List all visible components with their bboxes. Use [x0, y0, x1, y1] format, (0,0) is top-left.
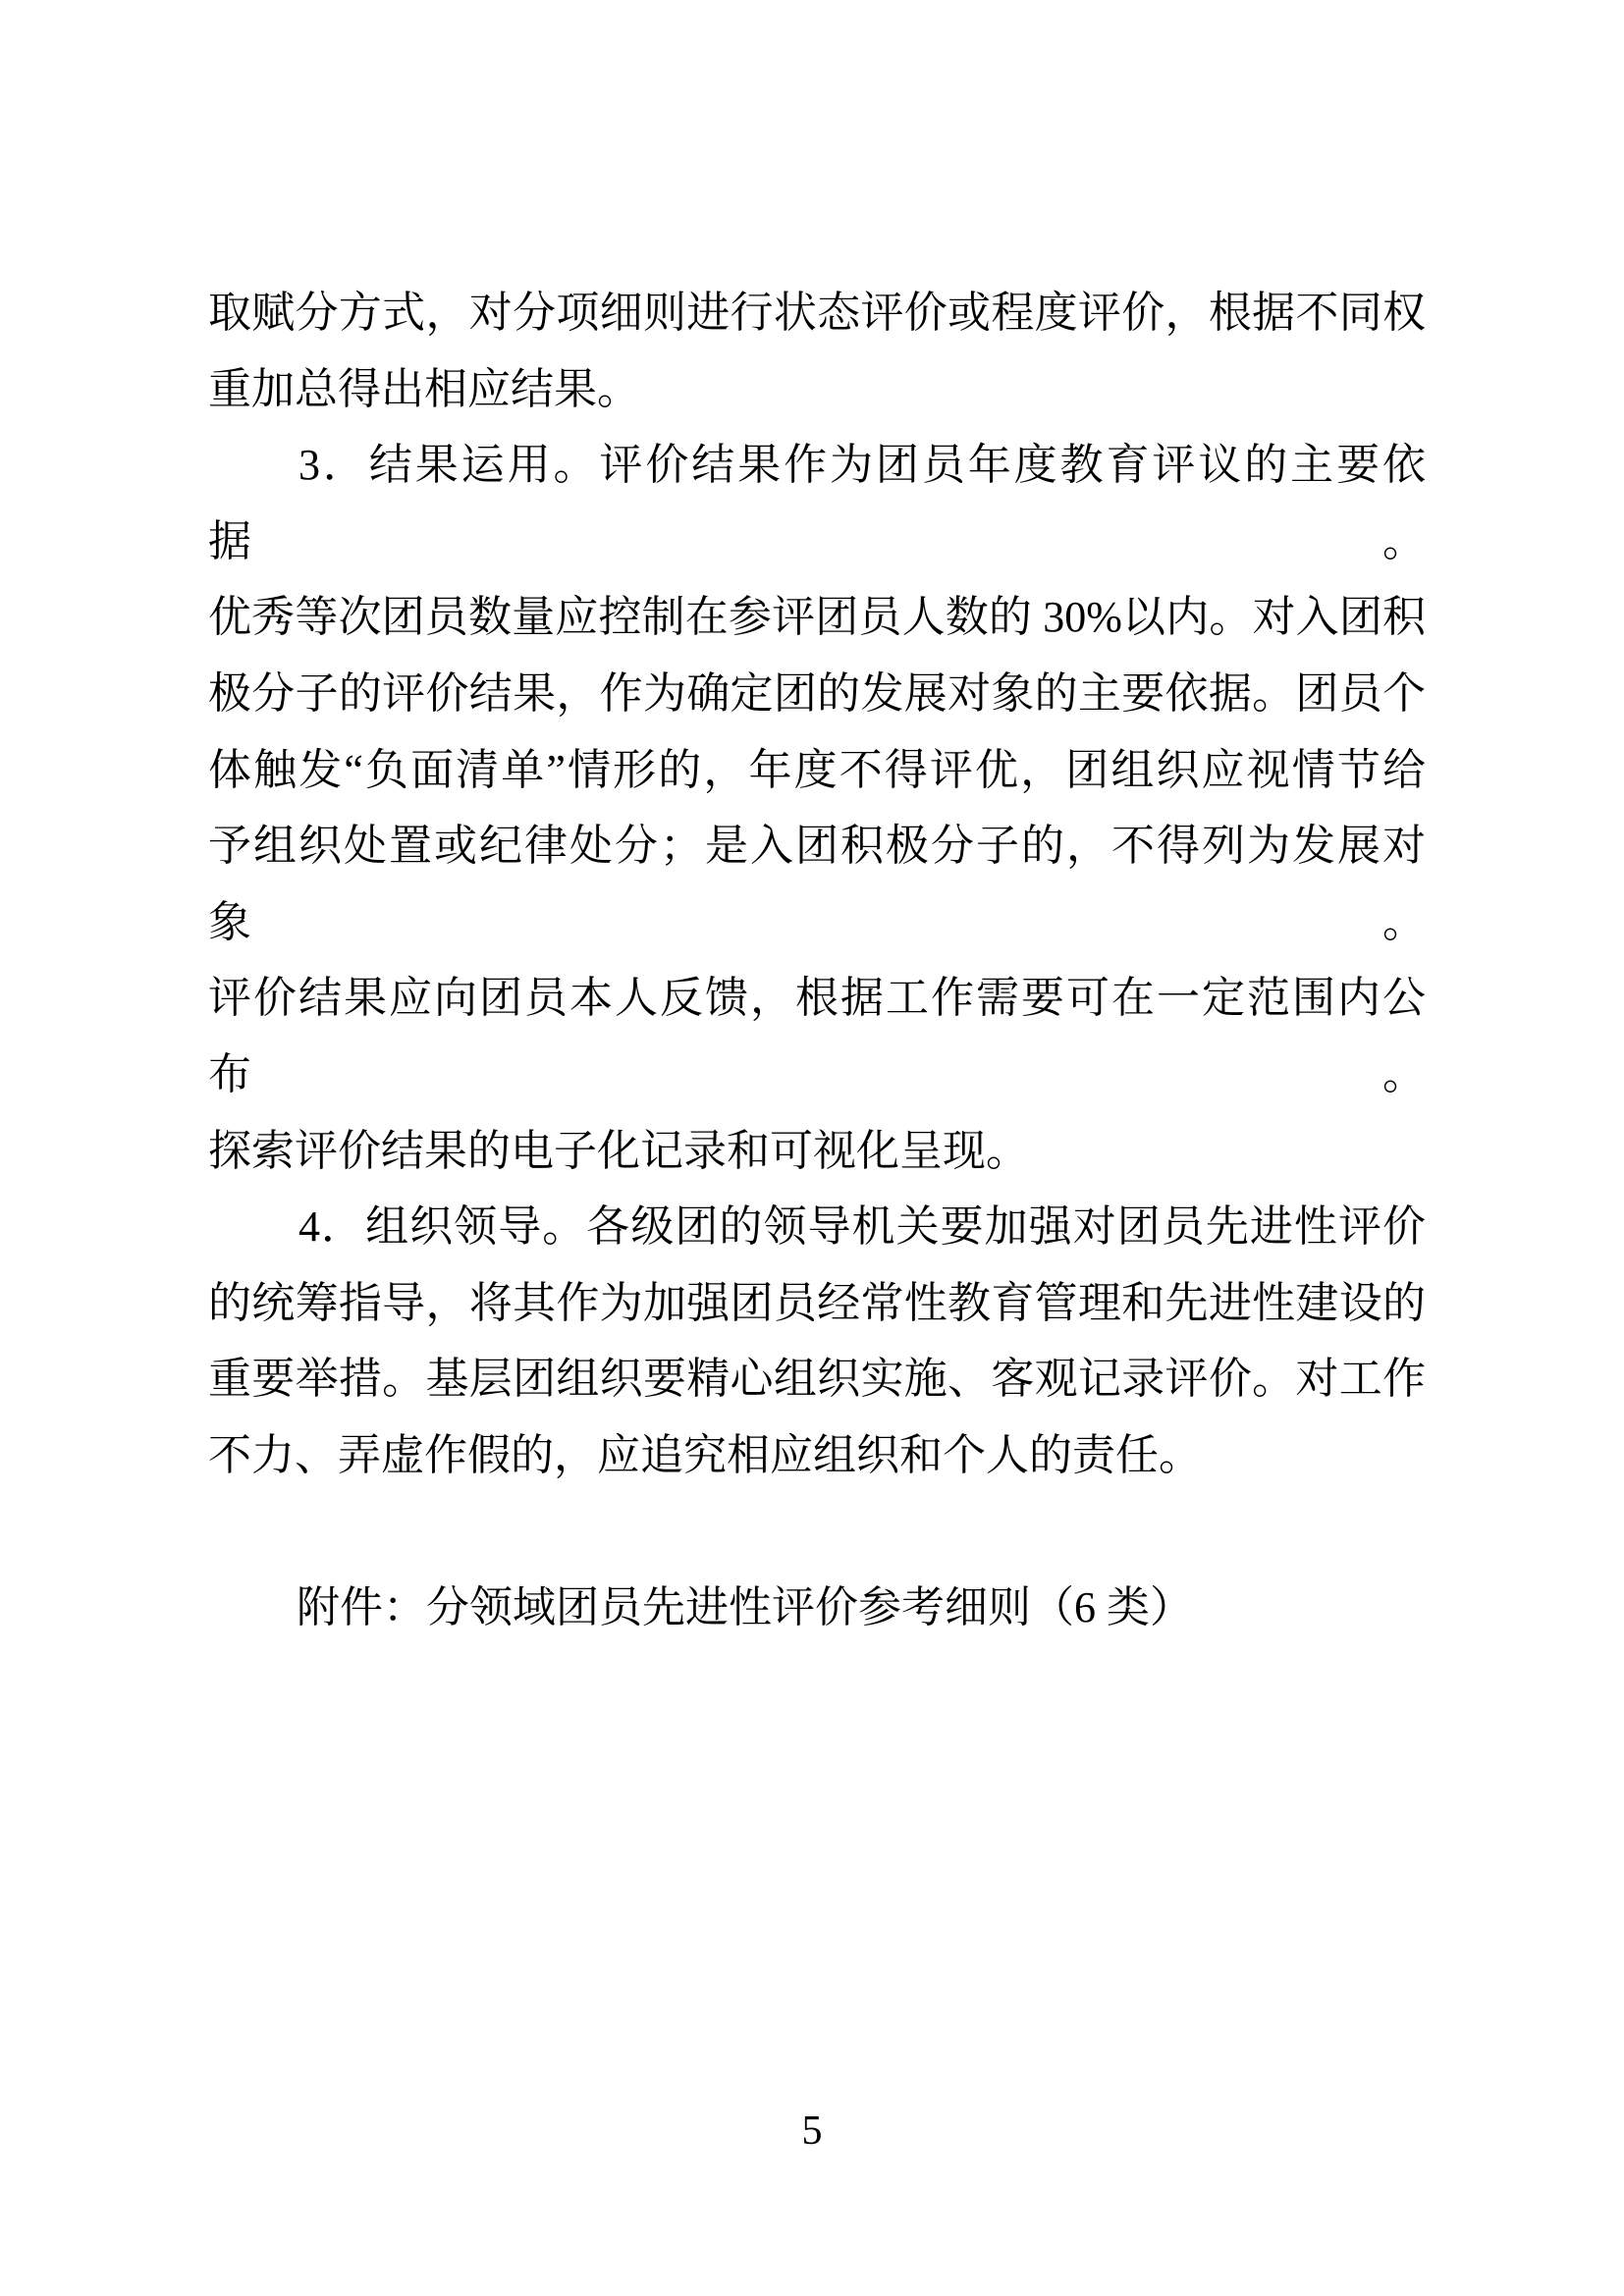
- text-line: 不力、弄虚作假的，应追究相应组织和个人的责任。: [208, 1417, 1426, 1494]
- attachment-note: 附件：分领域团员先进性评价参考细则（6 类）: [208, 1570, 1426, 1646]
- text-line: 的统筹指导，将其作为加强团员经常性教育管理和先进性建设的: [208, 1265, 1426, 1342]
- text-line: 探索评价结果的电子化记录和可视化呈现。: [208, 1113, 1426, 1190]
- page-number: 5: [0, 2110, 1624, 2152]
- text-line: 重加总得出相应结果。: [208, 351, 1426, 428]
- document-page: 取赋分方式，对分项细则进行状态评价或程度评价，根据不同权 重加总得出相应结果。 …: [0, 0, 1624, 2296]
- text-line: 优秀等次团员数量应控制在参评团员人数的 30%以内。对入团积: [208, 579, 1426, 656]
- text-line: 体触发“负面清单”情形的，年度不得评优，团组织应视情节给: [208, 732, 1426, 809]
- text-line: 极分子的评价结果，作为确定团的发展对象的主要依据。团员个: [208, 656, 1426, 732]
- text-line: 予组织处置或纪律处分；是入团积极分子的，不得列为发展对象。: [208, 808, 1426, 960]
- text-line: 4．组织领导。各级团的领导机关要加强对团员先进性评价: [208, 1189, 1426, 1265]
- document-body: 取赋分方式，对分项细则进行状态评价或程度评价，根据不同权 重加总得出相应结果。 …: [208, 275, 1426, 1646]
- text-line: 评价结果应向团员本人反馈，根据工作需要可在一定范围内公布。: [208, 960, 1426, 1112]
- text-line: 取赋分方式，对分项细则进行状态评价或程度评价，根据不同权: [208, 275, 1426, 351]
- text-line: 3．结果运用。评价结果作为团员年度教育评议的主要依据。: [208, 427, 1426, 579]
- text-line: 重要举措。基层团组织要精心组织实施、客观记录评价。对工作: [208, 1341, 1426, 1417]
